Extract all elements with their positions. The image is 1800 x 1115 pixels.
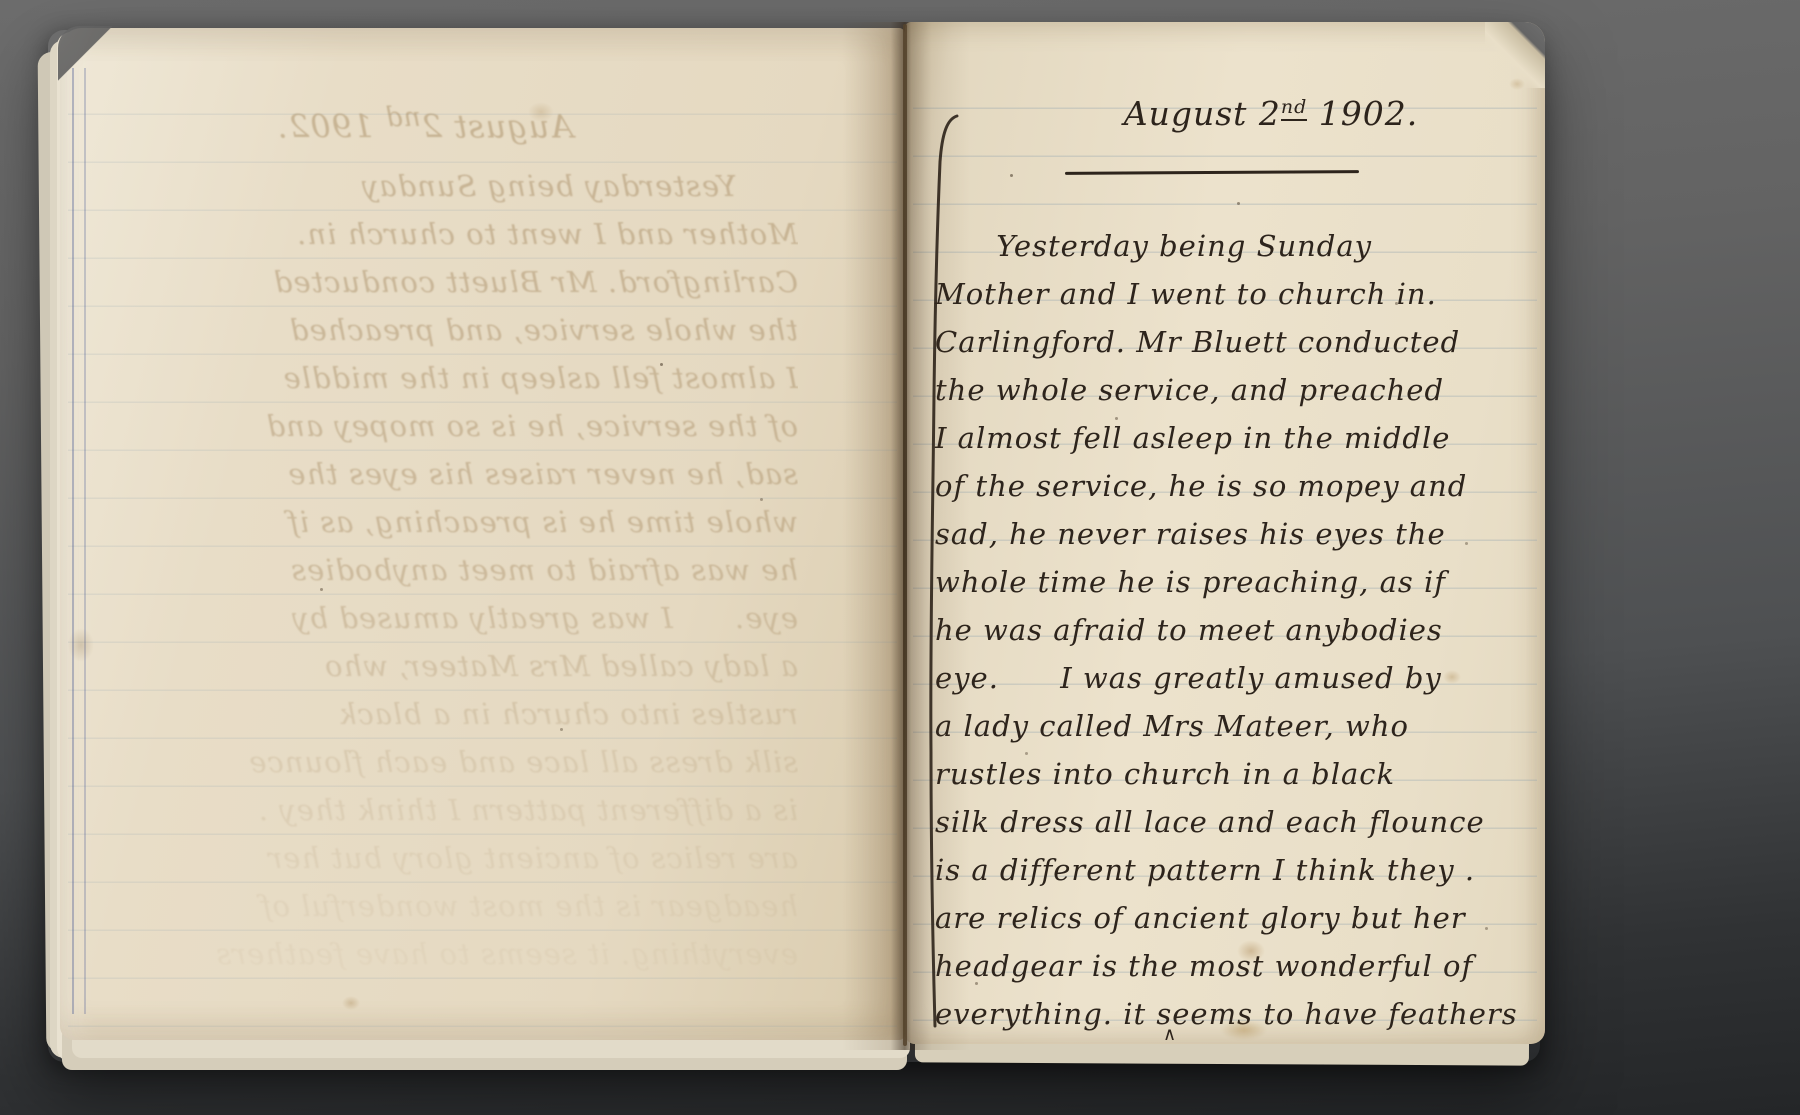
bleed-through-line: Mother and I went to church in. [88, 210, 798, 258]
bleed-through-line: is a different pattern I think they . [88, 786, 798, 834]
book-spine-crease [903, 24, 907, 1046]
diary-line: of the service, he is so mopey and [935, 462, 1537, 510]
paper-specks [660, 363, 663, 366]
bleed-through-line: he was afraid to meet anybodies [88, 546, 798, 594]
left-page: August 2nd 1902. Yesterday being SundayM… [60, 28, 905, 1040]
bleed-through-line: eye. I was greatly amused by [88, 594, 798, 642]
paper-specks [1010, 174, 1013, 177]
diary-line: I almost fell asleep in the middle [935, 414, 1537, 462]
bleed-through-line: of the service, he is so mopey and [88, 402, 798, 450]
diary-line: Yesterday being Sunday [935, 222, 1537, 270]
date-year: 1902. [1307, 94, 1418, 133]
date-text: August 2 [421, 108, 574, 146]
rounded-corner [58, 26, 118, 86]
diary-line: headgear is the most wonderful of [935, 942, 1537, 990]
diary-line: whole time he is preaching, as if [935, 558, 1537, 606]
bleed-through-line: whole time he is preaching, as if [88, 498, 798, 546]
diary-line: are relics of ancient glory but her [935, 894, 1537, 942]
diary-line: a lady called Mrs Mateer, who [935, 702, 1537, 750]
right-page: August 2nd 1902. Yesterday being SundayM… [905, 22, 1545, 1044]
folded-corner [1485, 22, 1545, 88]
date-ordinal: nd [1281, 96, 1307, 121]
diary-line: everything. it seems to have feathers [935, 990, 1537, 1038]
date-text: August 2 [1124, 94, 1281, 133]
diary-line: Carlingford. Mr Bluett conducted [935, 318, 1537, 366]
diary-line: the whole service, and preached [935, 366, 1537, 414]
bleed-through-line: the whole service, and preached [88, 306, 798, 354]
diary-scan-photo: August 2nd 1902. Yesterday being SundayM… [0, 0, 1800, 1115]
diary-line: Mother and I went to church in. [935, 270, 1537, 318]
bleed-through-line: sad, he never raises his eyes the [88, 450, 798, 498]
insertion-caret: ∧ [1163, 1024, 1176, 1045]
date-ordinal: nd [384, 102, 420, 133]
bleed-through-line: silk dress all lace and each flounce [88, 738, 798, 786]
bleed-through-line: headgear is the most wonderful of [88, 882, 798, 930]
margin-rule-line [84, 68, 86, 1014]
diary-line: rustles into church in a black [935, 750, 1537, 798]
diary-line: silk dress all lace and each flounce [935, 798, 1537, 846]
date-year: 1902. [277, 108, 385, 146]
diary-entry-text: Yesterday being SundayMother and I went … [935, 222, 1537, 1038]
bleed-through-text: Yesterday being SundayMother and I went … [88, 162, 798, 978]
margin-rule-line [72, 68, 74, 1014]
bleed-through-line: a lady called Mrs Mateer, who [88, 642, 798, 690]
bleed-through-line: I almost fell asleep in the middle [88, 354, 798, 402]
diary-line: eye. I was greatly amused by [935, 654, 1537, 702]
diary-line: is a different pattern I think they . [935, 846, 1537, 894]
bleed-through-line: Carlingford. Mr Bluett conducted [88, 258, 798, 306]
bleed-through-line: everything. it seems to have feathers [88, 930, 798, 978]
entry-date: August 2nd 1902. [1101, 94, 1441, 133]
diary-line: sad, he never raises his eyes the [935, 510, 1537, 558]
bleed-through-date: August 2nd 1902. [210, 102, 640, 146]
bleed-through-line: are relics of ancient glory but her [88, 834, 798, 882]
bleed-through-line: rustles into church in a black [88, 690, 798, 738]
bleed-through-line: Yesterday being Sunday [88, 162, 798, 210]
diary-line: he was afraid to meet anybodies [935, 606, 1537, 654]
